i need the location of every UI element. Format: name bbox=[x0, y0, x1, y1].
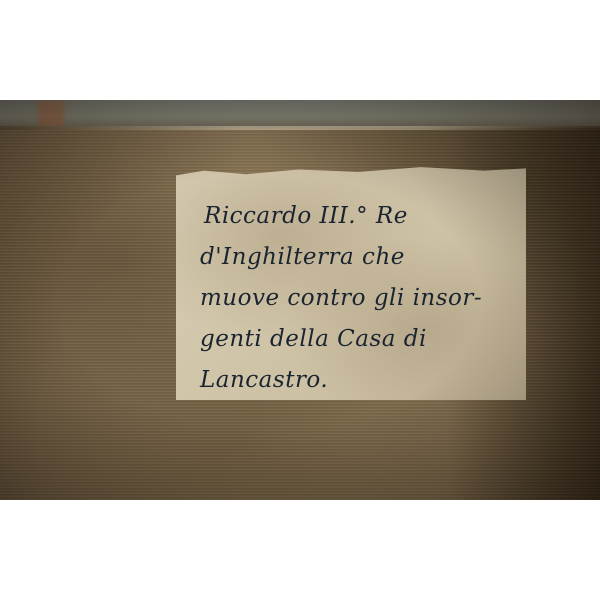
canvas-photo: Riccardo III.° Re d'Inghilterra che muov… bbox=[0, 100, 600, 500]
vignette bbox=[0, 100, 600, 500]
